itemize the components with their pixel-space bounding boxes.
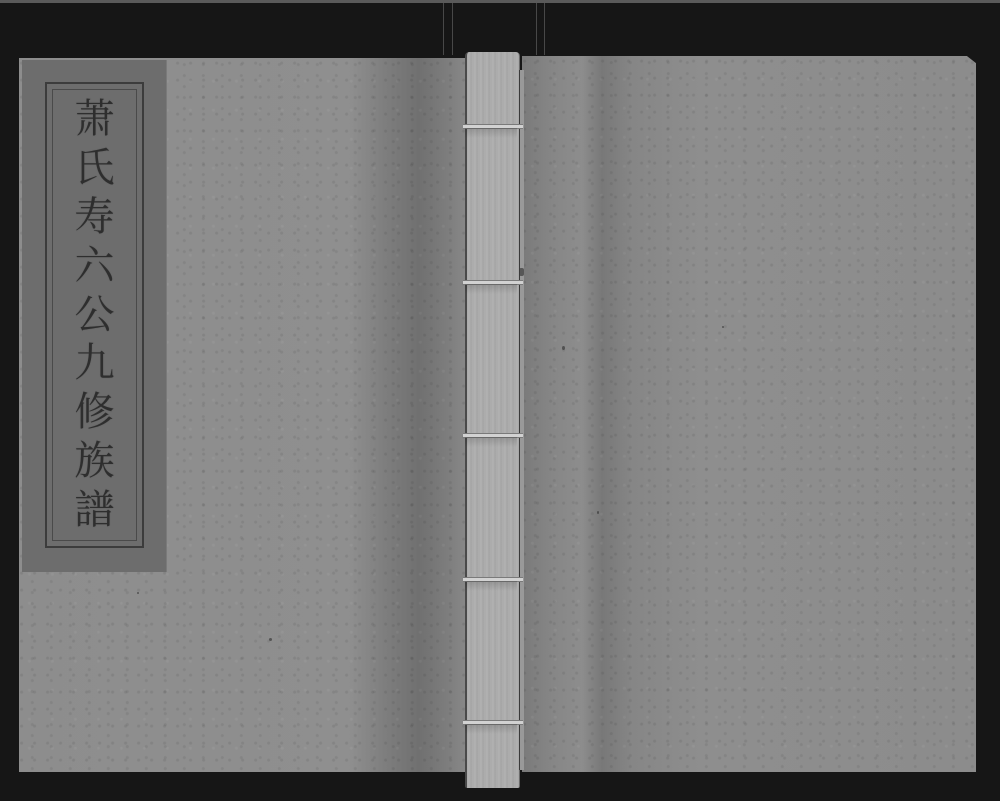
thread-pinch-shadow — [465, 284, 517, 294]
paper-texture — [522, 56, 976, 772]
title-char: 寿 — [75, 194, 115, 241]
title-char: 公 — [75, 292, 115, 339]
title-char: 六 — [75, 243, 115, 290]
paper-speck — [137, 592, 139, 594]
paper-speck — [722, 326, 724, 328]
spine-paper-stack — [465, 52, 520, 788]
spine-knot — [519, 268, 524, 276]
thread-pinch-shadow — [465, 581, 517, 591]
scan-top-rule — [0, 0, 1000, 3]
scan-artifact-line — [443, 3, 444, 55]
title-char: 修 — [75, 389, 115, 436]
title-label-inner-border: 萧 氏 寿 六 公 九 修 族 譜 — [52, 89, 137, 541]
thread-pinch-shadow — [465, 128, 517, 138]
title-label-border: 萧 氏 寿 六 公 九 修 族 譜 — [45, 82, 144, 548]
thread-pinch-shadow — [465, 437, 517, 447]
scan-background: 萧 氏 寿 六 公 九 修 族 譜 — [0, 0, 1000, 801]
back-cover — [522, 56, 976, 772]
scan-artifact-line — [536, 3, 537, 55]
title-char: 譜 — [75, 487, 115, 534]
title-char: 族 — [75, 438, 115, 485]
title-char: 九 — [75, 340, 115, 387]
scan-artifact-line — [544, 3, 545, 55]
paper-speck — [562, 346, 565, 350]
title-char: 氏 — [75, 145, 115, 192]
title-char: 萧 — [75, 96, 115, 143]
thread-pinch-shadow — [465, 724, 517, 734]
scan-artifact-line — [452, 3, 453, 55]
title-label-slip: 萧 氏 寿 六 公 九 修 族 譜 — [22, 60, 167, 572]
paper-speck — [269, 638, 272, 641]
paper-speck — [597, 511, 599, 514]
book-spine — [459, 52, 525, 788]
spine-fold-edge — [519, 70, 524, 770]
